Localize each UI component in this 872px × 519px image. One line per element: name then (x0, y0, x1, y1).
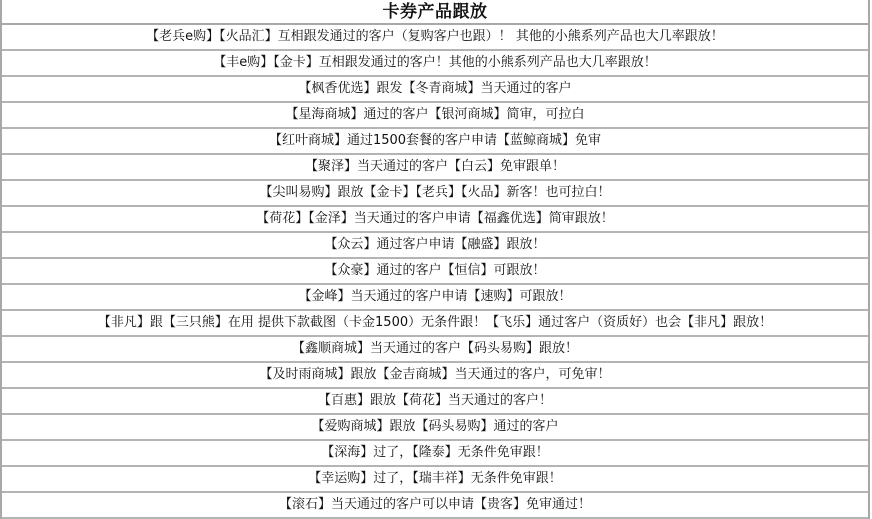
table-row[interactable]: 【滚石】当天通过的客户可以申请【贵客】免审通过！ (2, 493, 868, 516)
table-row[interactable]: 【幸运购】过了，【瑞丰祥】无条件免审跟！ (2, 467, 868, 493)
table-row[interactable]: 【红叶商城】通过1500套餐的客户申请【蓝鲸商城】免审 (2, 129, 868, 155)
table-row[interactable]: 【及时雨商城】跟放【金吉商城】当天通过的客户，可免审！ (2, 363, 868, 389)
table-row[interactable]: 【星海商城】通过的客户【银河商城】简审，可拉白 (2, 103, 868, 129)
table-row[interactable]: 【鑫顺商城】当天通过的客户【码头易购】跟放！ (2, 337, 868, 363)
table-row[interactable]: 【百惠】跟放【荷花】当天通过的客户！ (2, 389, 868, 415)
table-row[interactable]: 【深海】过了，【隆泰】无条件免审跟！ (2, 441, 868, 467)
table-row[interactable]: 【众豪】通过的客户【恒信】可跟放！ (2, 259, 868, 285)
table-row[interactable]: 【丰e购】【金卡】互相跟发通过的客户！其他的小熊系列产品也大几率跟放！ (2, 51, 868, 77)
table-row[interactable]: 【爱购商城】跟放【码头易购】通过的客户 (2, 415, 868, 441)
table-row[interactable]: 【金峰】当天通过的客户申请【速购】可跟放！ (2, 285, 868, 311)
table-row[interactable]: 【众云】通过客户申请【融盛】跟放！ (2, 233, 868, 259)
table-row[interactable]: 【聚泽】当天通过的客户【白云】免审跟单！ (2, 155, 868, 181)
table-row[interactable]: 【非凡】跟【三只熊】在用 提供下款截图（卡金1500）无条件跟！【飞乐】通过客户… (2, 311, 868, 337)
table-row[interactable]: 【枫香优选】跟发【冬青商城】当天通过的客户 (2, 77, 868, 103)
table-row[interactable]: 【荷花】【金泽】当天通过的客户申请【福鑫优选】简审跟放！ (2, 207, 868, 233)
table-title-cell[interactable]: 卡券产品跟放 (2, 0, 868, 25)
table-row[interactable]: 【老兵e购】【火品汇】互相跟发通过的客户（复购客户也跟）！ 其他的小熊系列产品也… (2, 25, 868, 51)
table-row[interactable]: 【尖叫易购】跟放【金卡】【老兵】【火品】新客！也可拉白！ (2, 181, 868, 207)
spreadsheet-table: 卡券产品跟放 【老兵e购】【火品汇】互相跟发通过的客户（复购客户也跟）！ 其他的… (0, 0, 870, 516)
